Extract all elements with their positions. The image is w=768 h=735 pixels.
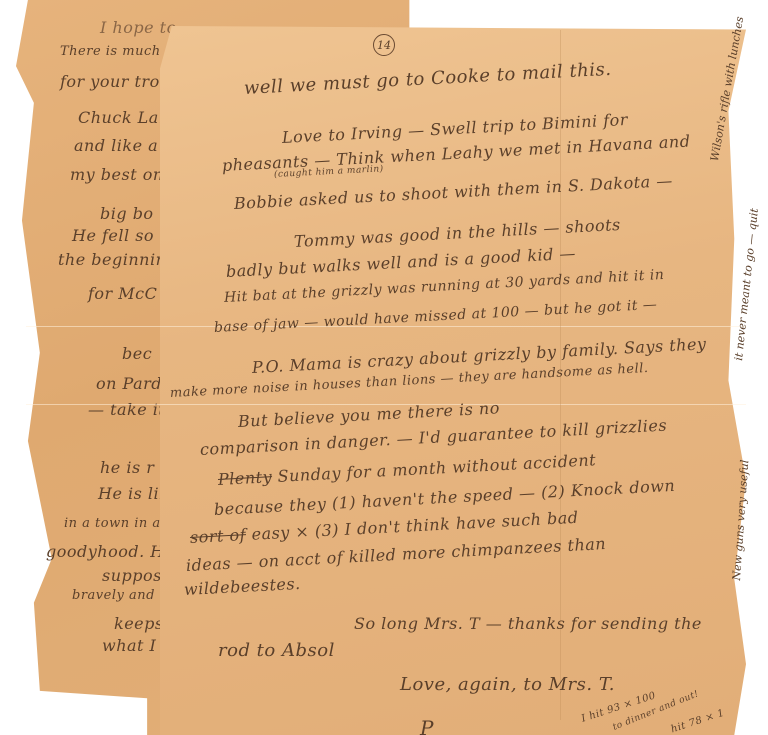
back-line: There is much: [60, 44, 161, 59]
back-line: He fell so: [72, 226, 154, 245]
back-line: my best one: [70, 165, 174, 184]
back-line: bravely and: [72, 588, 155, 603]
back-line: big bo: [100, 204, 154, 223]
margin-note: it never meant to go — quit: [732, 208, 761, 362]
struck-word: sort of: [190, 525, 247, 547]
letter-line: So long Mrs. T — thanks for sending the: [354, 614, 702, 633]
back-line: what I: [102, 636, 156, 655]
back-line: I hope to: [100, 18, 177, 37]
back-line: he is r: [100, 458, 154, 477]
letter-line: rod to Absol: [218, 640, 335, 661]
back-line: bec: [122, 344, 152, 363]
back-line: the beginning: [58, 250, 177, 269]
struck-word: Plenty: [218, 467, 273, 489]
back-line: and like a: [74, 136, 158, 155]
back-line: keeps: [114, 614, 164, 633]
letter-signature: P: [420, 716, 434, 735]
back-line: — take it: [88, 400, 165, 419]
letter-closing: Love, again, to Mrs. T.: [400, 674, 615, 695]
page-number: 14: [373, 34, 395, 56]
back-line: for your trop: [60, 72, 170, 91]
back-line: goodyhood. He: [46, 542, 175, 561]
back-line: for McC: [88, 284, 157, 303]
back-line: on Pard: [96, 374, 162, 393]
back-line: Chuck Lan: [78, 108, 170, 127]
